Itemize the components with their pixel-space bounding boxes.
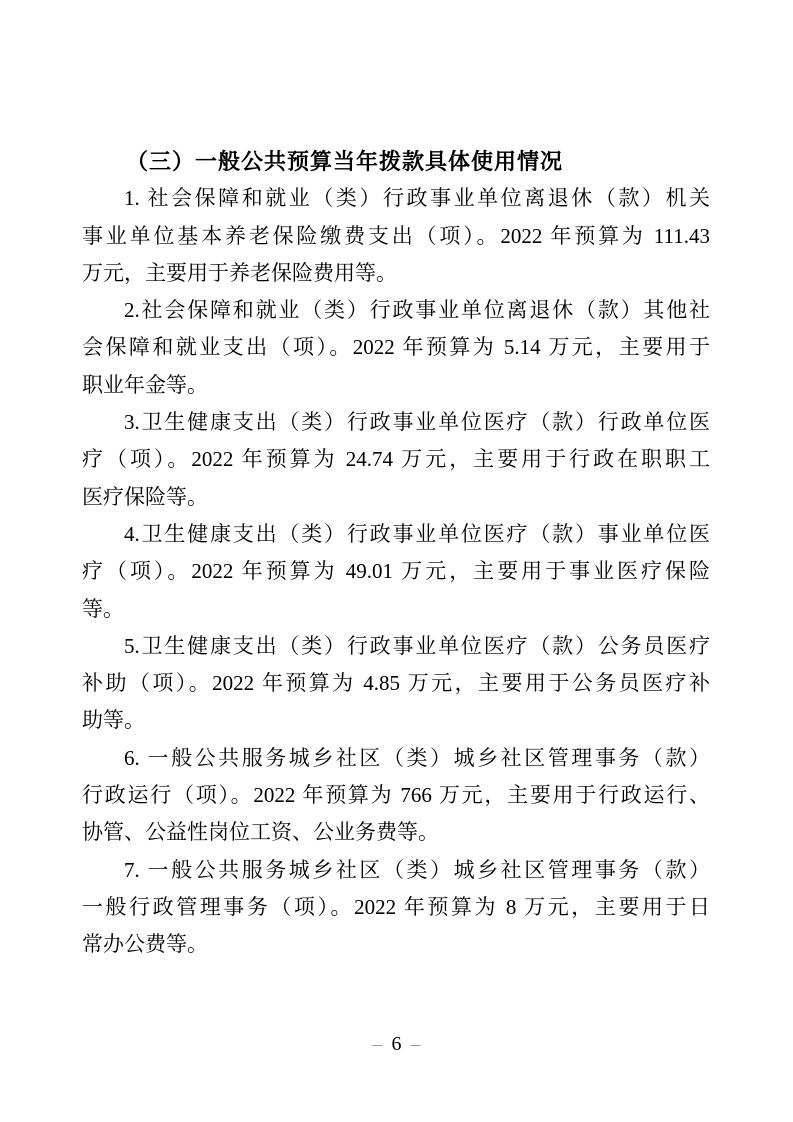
text-line: 等。 — [82, 591, 710, 628]
text-line: 会保障和就业支出（项）。2022 年预算为 5.14 万元，主要用于 — [82, 329, 710, 366]
paragraph: 1. 社会保障和就业（类）行政事业单位离退休（款）机关 事业单位基本养老保险缴费… — [82, 180, 710, 292]
text-line: 7. 一般公共服务城乡社区（类）城乡社区管理事务（款） — [82, 852, 710, 889]
paragraph: 7. 一般公共服务城乡社区（类）城乡社区管理事务（款） 一般行政管理事务（项）。… — [82, 852, 710, 964]
paragraph: 5.卫生健康支出（类）行政事业单位医疗（款）公务员医疗 补助（项）。2022 年… — [82, 628, 710, 740]
text-line: 医疗保险等。 — [82, 479, 710, 516]
text-line: 职业年金等。 — [82, 367, 710, 404]
text-line: 事业单位基本养老保险缴费支出（项）。2022 年预算为 111.43 — [82, 218, 710, 255]
text-line: 常办公费等。 — [82, 926, 710, 963]
text-line: 疗（项）。2022 年预算为 49.01 万元，主要用于事业医疗保险 — [82, 553, 710, 590]
document-body: （三）一般公共预算当年拨款具体使用情况 1. 社会保障和就业（类）行政事业单位离… — [82, 143, 710, 964]
text-line: 3.卫生健康支出（类）行政事业单位医疗（款）行政单位医 — [82, 404, 710, 441]
section-heading: （三）一般公共预算当年拨款具体使用情况 — [82, 143, 710, 180]
paragraph: 6. 一般公共服务城乡社区（类）城乡社区管理事务（款） 行政运行（项）。2022… — [82, 740, 710, 852]
paragraph: 4.卫生健康支出（类）行政事业单位医疗（款）事业单位医 疗（项）。2022 年预… — [82, 516, 710, 628]
text-line: 助等。 — [82, 702, 710, 739]
text-line: 6. 一般公共服务城乡社区（类）城乡社区管理事务（款） — [82, 740, 710, 777]
document-page: （三）一般公共预算当年拨款具体使用情况 1. 社会保障和就业（类）行政事业单位离… — [0, 0, 793, 1122]
paragraph: 2.社会保障和就业（类）行政事业单位离退休（款）其他社 会保障和就业支出（项）。… — [82, 292, 710, 404]
page-number-value: 6 — [392, 1033, 402, 1055]
text-line: 补助（项）。2022 年预算为 4.85 万元，主要用于公务员医疗补 — [82, 665, 710, 702]
page-number: –6– — [0, 1032, 793, 1056]
page-number-dash-left: – — [364, 1033, 392, 1055]
text-line: 疗（项）。2022 年预算为 24.74 万元，主要用于行政在职职工 — [82, 441, 710, 478]
text-line: 行政运行（项）。2022 年预算为 766 万元，主要用于行政运行、 — [82, 777, 710, 814]
text-line: 2.社会保障和就业（类）行政事业单位离退休（款）其他社 — [82, 292, 710, 329]
text-line: 一般行政管理事务（项）。2022 年预算为 8 万元，主要用于日 — [82, 889, 710, 926]
text-line: 万元，主要用于养老保险费用等。 — [82, 255, 710, 292]
text-line: 1. 社会保障和就业（类）行政事业单位离退休（款）机关 — [82, 180, 710, 217]
text-line: 5.卫生健康支出（类）行政事业单位医疗（款）公务员医疗 — [82, 628, 710, 665]
page-number-dash-right: – — [402, 1033, 430, 1055]
paragraph: 3.卫生健康支出（类）行政事业单位医疗（款）行政单位医 疗（项）。2022 年预… — [82, 404, 710, 516]
text-line: 协管、公益性岗位工资、公业务费等。 — [82, 814, 710, 851]
text-line: 4.卫生健康支出（类）行政事业单位医疗（款）事业单位医 — [82, 516, 710, 553]
